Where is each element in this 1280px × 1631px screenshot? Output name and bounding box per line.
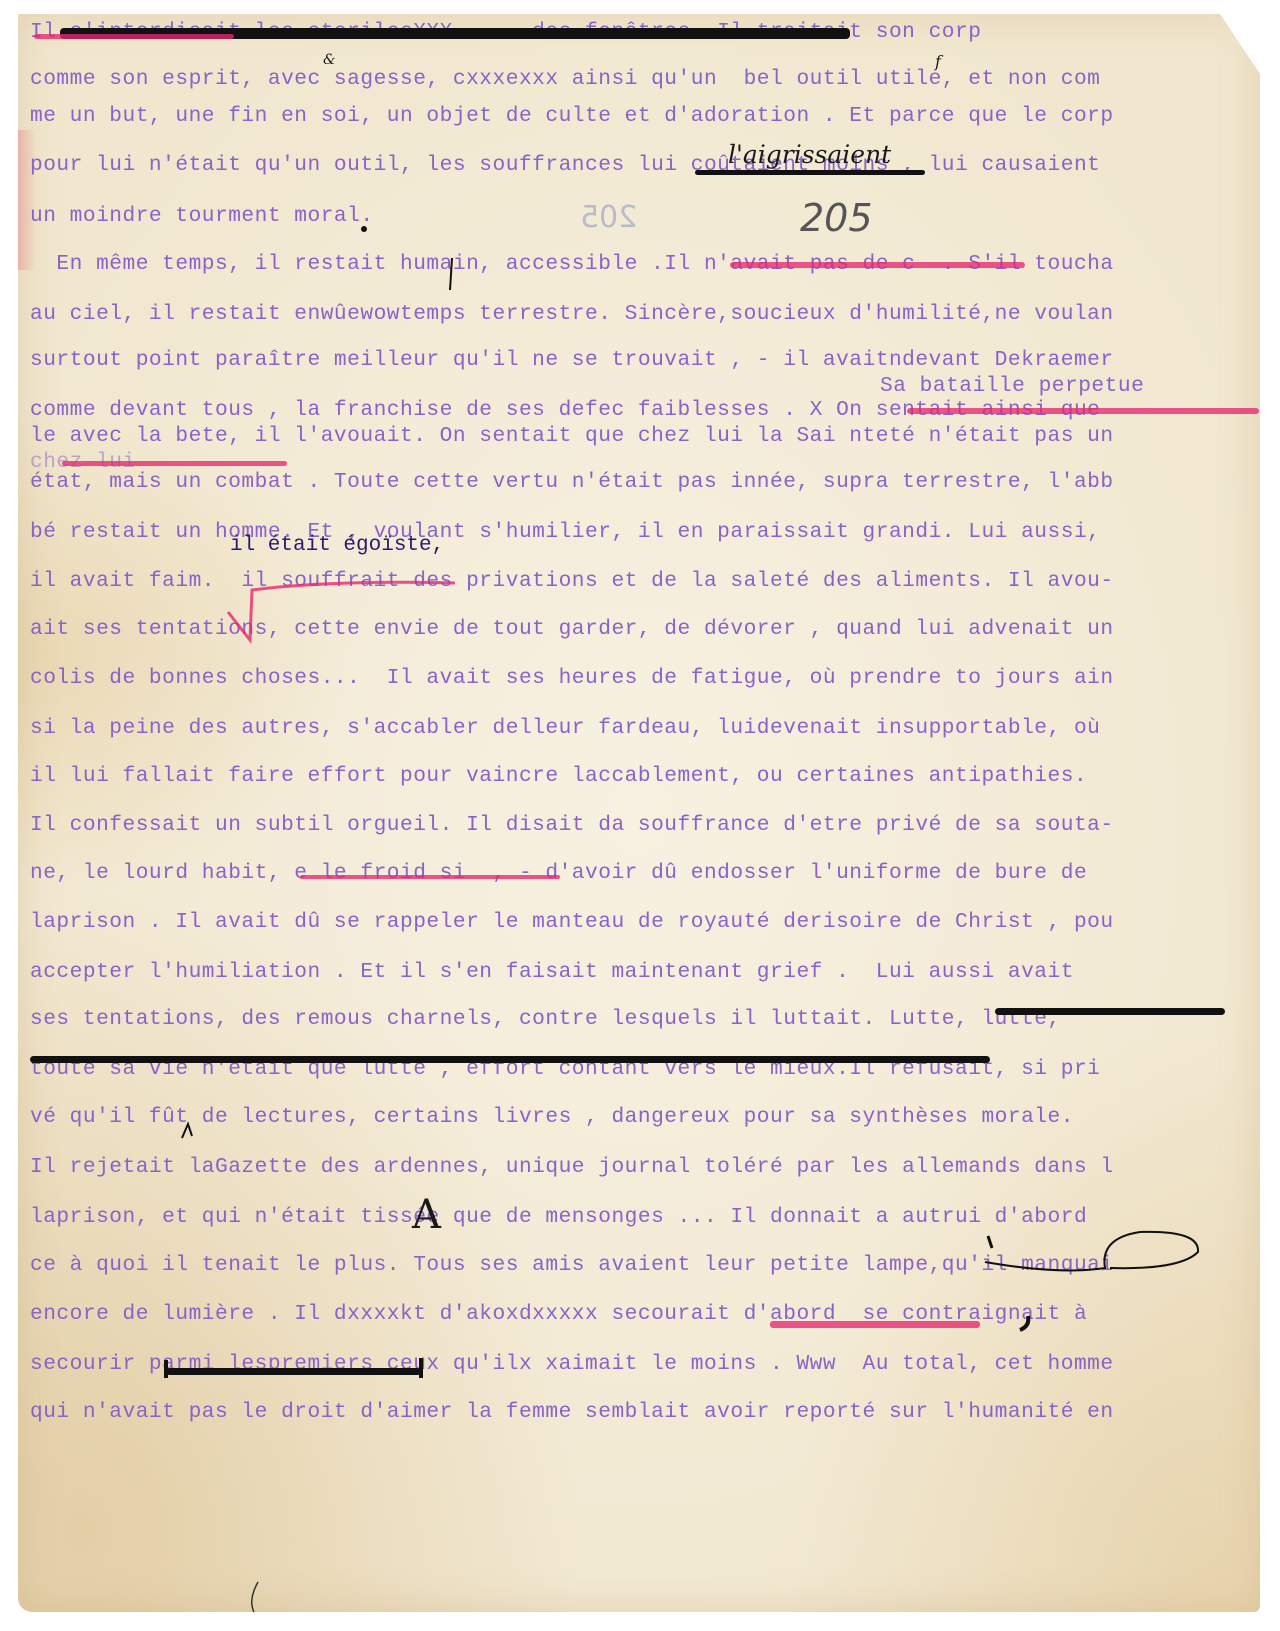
ink-marks xyxy=(0,0,1280,1631)
